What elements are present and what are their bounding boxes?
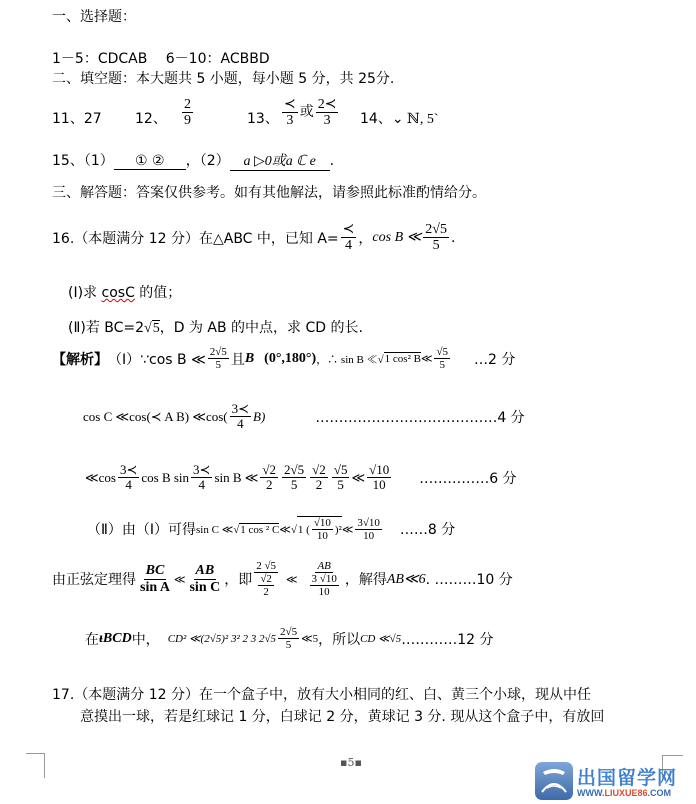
q16-part2: (Ⅱ)若 BC=2√5，D 为 AB 的中点，求 CD 的长. xyxy=(68,317,363,337)
page-number: ▪5▪ xyxy=(340,756,362,769)
solution-line-3: ≪cos 3≺4 cos B sin 3≺4 sin B ≪ √22 2√55 … xyxy=(85,463,517,493)
q15-blank-2: a ▷0或a ℂ e xyxy=(230,150,330,171)
q17-line-1: 17.（本题满分 12 分）在一个盒子中，放有大小相同的红、白、黄三个小球，现从… xyxy=(52,684,591,704)
q11: 11、27 xyxy=(52,108,102,128)
watermark-logo: 出国留学网 WWW.LIUXUE86.COM xyxy=(535,762,693,802)
q14: 14、⌄ ℕ, 5ˋ xyxy=(360,108,439,128)
graduation-cap-icon xyxy=(535,762,573,800)
q12-label: 12、 xyxy=(135,108,167,128)
solution-line-1: 【解析】 （Ⅰ）∵cos B ≪ 2√55 且 B (0°,180°) ，∴ s… xyxy=(52,346,515,371)
q13-label: 13、 xyxy=(247,108,279,128)
q13-answer: ≺3或2≺3 xyxy=(280,97,340,129)
choice-answers: 1－5：CDCAB 6－10：ACBBD xyxy=(52,48,270,68)
watermark-brand-name: 出国留学网 xyxy=(577,763,677,790)
solution-line-6: 在 ᵼBCD 中， CD² ≪(2√5)² 3² 2 3 2√5 2√55 ≪5… xyxy=(85,626,493,651)
q16-part1: (I)求 cosC 的值； xyxy=(68,282,181,302)
section3-title: 三、解答题：答案仅供参考。如有其他解法，请参照此标准酌情给分。 xyxy=(52,182,486,202)
q12-answer: 29 xyxy=(180,97,195,129)
solution-line-2: cos C ≪cos(≺ A B) ≪cos( 3≺4 B) ………………………… xyxy=(83,402,525,432)
q15-blank-1: ① ② xyxy=(114,153,186,170)
section2-title: 二、填空题：本大题共 5 小题，每小题 5 分，共 25分. xyxy=(52,68,394,88)
solution-line-4: （Ⅱ）由（Ⅰ）可得 sin C ≪√1 cos ² C ≪√ 1 (√1010)… xyxy=(87,516,455,542)
watermark-url: WWW.LIUXUE86.COM xyxy=(577,788,671,798)
page-corner-mark-left xyxy=(26,753,45,778)
section1-title: 一、选择题： xyxy=(52,6,136,26)
q16-stem: 16.（本题满分 12 分）在△ABC 中，已知 A= ≺4 ， cos B ≪… xyxy=(52,222,455,254)
q17-line-2: 意摸出一球，若是红球记 1 分，白球记 2 分，黄球记 3 分. 现从这个盒子中… xyxy=(80,706,604,726)
solution-line-5: 由正弦定理得 BCsin A ≪ ABsin C ，即 2 √5√22 ≪ AB… xyxy=(52,560,513,598)
q15: 15、（1）① ②，（2）a ▷0或a ℂ e. xyxy=(52,150,334,171)
